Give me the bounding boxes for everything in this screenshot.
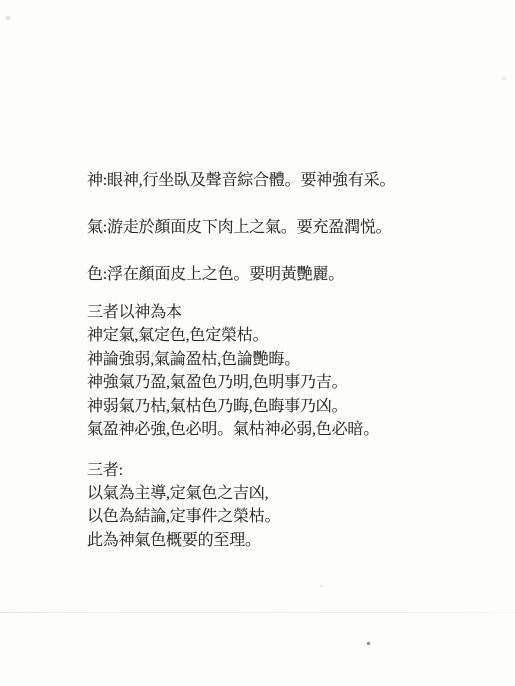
definition-line-qi: 氣:游走於顏面皮下肉上之氣。要充盈潤悦。: [87, 216, 487, 239]
scan-artifact-speck: [5, 16, 11, 20]
text-line: 神弱氣乃枯,氣枯色乃晦,色晦事乃凶。: [87, 395, 487, 418]
section-conclusion: 三者: 以氣為主導,定氣色之吉凶, 以色為結論,定事件之榮枯。 此為神氣色概要的…: [87, 459, 487, 553]
scan-artifact-line: [0, 612, 515, 613]
text-line: 以色為結論,定事件之榮枯。: [87, 505, 487, 528]
definition-line-shen: 神:眼神,行坐臥及聲音綜合體。要神強有采。: [87, 169, 487, 192]
scan-artifact-speck: [320, 585, 323, 587]
conclusion-heading: 三者:: [87, 459, 487, 482]
text-line: 神論強弱,氣論盈枯,色論艷晦。: [87, 348, 487, 371]
principles-heading: 三者以神為本: [87, 301, 487, 324]
section-definitions: 神:眼神,行坐臥及聲音綜合體。要神強有采。 氣:游走於顏面皮下肉上之氣。要充盈潤…: [87, 169, 487, 286]
scanned-page: 神:眼神,行坐臥及聲音綜合體。要神強有采。 氣:游走於顏面皮下肉上之氣。要充盈潤…: [0, 0, 515, 686]
section-principles: 三者以神為本 神定氣,氣定色,色定榮枯。 神論強弱,氣論盈枯,色論艷晦。 神強氣…: [87, 301, 487, 441]
text-line: 氣盈神必強,色必明。氣枯神必弱,色必暗。: [87, 418, 487, 441]
text-line: 以氣為主導,定氣色之吉凶,: [87, 482, 487, 505]
scan-artifact-speck: [502, 77, 506, 80]
scan-artifact-dot: [367, 642, 370, 645]
text-block: 神:眼神,行坐臥及聲音綜合體。要神強有采。 氣:游走於顏面皮下肉上之氣。要充盈潤…: [87, 169, 487, 552]
text-line: 神定氣,氣定色,色定榮枯。: [87, 324, 487, 347]
text-line: 此為神氣色概要的至理。: [87, 529, 487, 552]
text-line: 神強氣乃盈,氣盈色乃明,色明事乃吉。: [87, 371, 487, 394]
definition-line-se: 色:浮在顏面皮上之色。要明黃艷麗。: [87, 263, 487, 286]
